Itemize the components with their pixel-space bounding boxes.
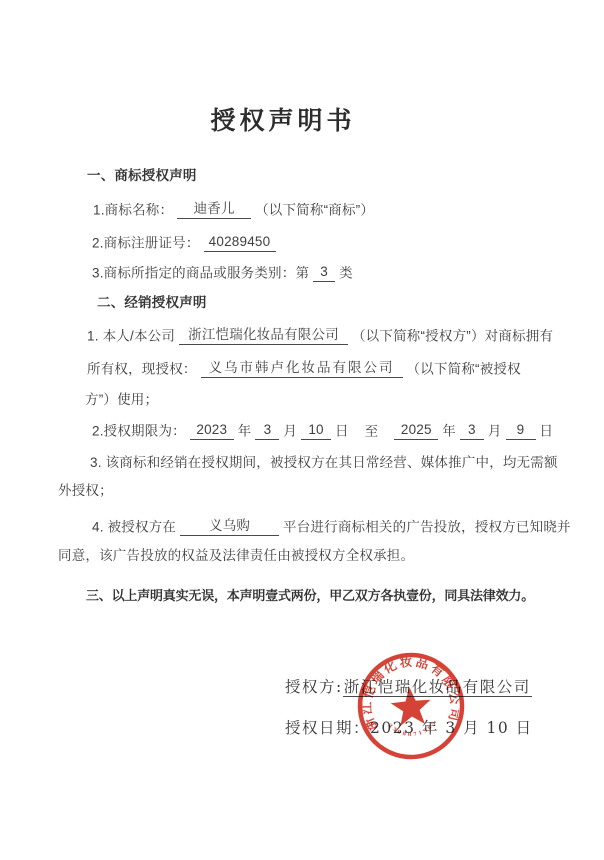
registration-number-value: 40289450 xyxy=(204,234,276,252)
company-seal: 浙江恺瑞化妆品有限公司 3308071385 xyxy=(346,641,476,771)
platform-label: 4. 被授权方在 xyxy=(92,520,176,535)
period-start-month: 3 xyxy=(255,422,279,440)
seal-serial-number: 3308071385 xyxy=(386,719,439,741)
licensor-line: 1. 本人/本公司 浙江恺瑞化妆品有限公司 （以下简称“授权方”）对商标拥有 xyxy=(87,327,553,345)
seal-star-icon xyxy=(389,685,432,726)
platform-suffix: 平台进行商标相关的广告投放，授权方已知晓并 xyxy=(283,520,571,535)
class-label: 3.商标所指定的商品或服务类别：第 xyxy=(92,266,309,281)
section2-heading: 二、经销授权声明 xyxy=(97,295,207,311)
trademark-name-suffix: （以下简称“商标”） xyxy=(255,203,374,218)
trademark-registration-line: 2.商标注册证号： 40289450 xyxy=(92,234,276,252)
year-unit: 年 xyxy=(442,424,456,439)
document-page: 授权声明书 一、商标授权声明 1.商标名称： 迪香儿 （以下简称“商标”） 2.… xyxy=(0,0,604,860)
platform-value: 义乌购 xyxy=(180,518,279,536)
licensee-company-value: 义乌市韩卢化妆品有限公司 xyxy=(201,360,403,378)
trademark-name-value: 迪香儿 xyxy=(177,201,251,219)
period-start-year: 2023 xyxy=(190,422,234,440)
trademark-class-line: 3.商标所指定的商品或服务类别：第 3 类 xyxy=(92,264,353,282)
trademark-name-label: 1.商标名称： xyxy=(93,203,173,218)
document-title: 授权声明书 xyxy=(0,101,566,137)
month-unit: 月 xyxy=(488,424,502,439)
licensor-company-value: 浙江恺瑞化妆品有限公司 xyxy=(179,327,348,345)
period-end-month: 3 xyxy=(460,422,484,440)
licensee-line-continuation: 方”）使用； xyxy=(85,392,158,408)
year-unit: 年 xyxy=(238,424,252,439)
authorization-period-line: 2.授权期限为： 2023 年 3 月 10 日 至 2025 年 3 月 9 … xyxy=(92,422,553,440)
day-unit: 日 xyxy=(539,424,553,439)
closing-statement: 三、以上声明真实无误，本声明壹式两份，甲乙双方各执壹份，同具法律效力。 xyxy=(86,588,534,604)
period-end-year: 2025 xyxy=(394,422,438,440)
licensee-line: 所有权，现授权： 义乌市韩卢化妆品有限公司 （以下简称“被授权 xyxy=(87,360,521,378)
section1-heading: 一、商标授权声明 xyxy=(87,168,197,184)
period-end-day: 9 xyxy=(506,422,536,440)
licensee-label: 所有权，现授权： xyxy=(87,362,197,377)
class-value: 3 xyxy=(313,264,335,282)
licensor-label: 1. 本人/本公司 xyxy=(87,329,175,344)
period-to-label: 至 xyxy=(365,424,379,439)
month-unit: 月 xyxy=(283,424,297,439)
authorizer-label: 授权方: xyxy=(285,678,343,696)
clause3-line2: 外授权； xyxy=(58,483,113,499)
licensor-suffix: （以下简称“授权方”）对商标拥有 xyxy=(352,329,553,344)
licensee-suffix: （以下简称“被授权 xyxy=(407,362,521,377)
registration-number-label: 2.商标注册证号： xyxy=(92,236,200,251)
class-suffix: 类 xyxy=(339,266,353,281)
clause4-line2: 同意，该广告投放的权益及法律责任由被授权方全权承担。 xyxy=(58,548,414,564)
period-start-day: 10 xyxy=(301,422,331,440)
day-unit: 日 xyxy=(335,424,349,439)
clause4-line1: 4. 被授权方在 义乌购 平台进行商标相关的广告投放，授权方已知晓并 xyxy=(92,518,571,536)
trademark-name-line: 1.商标名称： 迪香儿 （以下简称“商标”） xyxy=(93,201,374,219)
clause3-line1: 3. 该商标和经销在授权期间，被授权方在其日常经营、媒体推广中，均无需额 xyxy=(90,455,558,471)
period-label: 2.授权期限为： xyxy=(92,424,186,439)
